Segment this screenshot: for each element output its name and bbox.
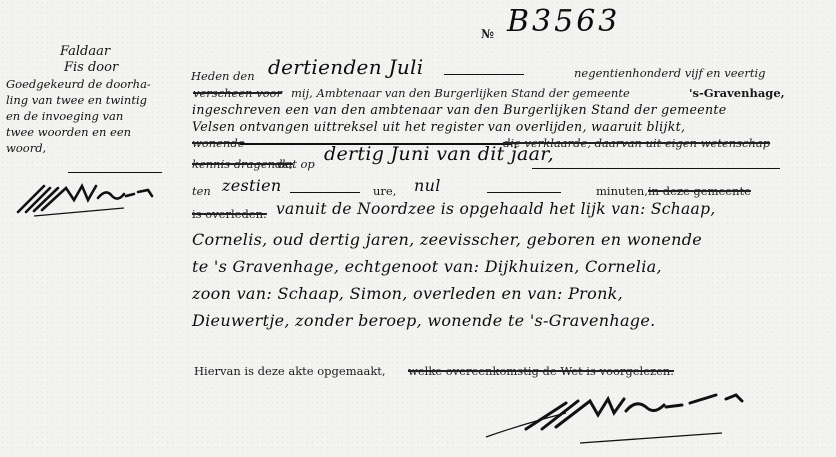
printed-year: negentienhonderd vijf en veertig <box>574 66 766 80</box>
printed-closing: Hiervan is deze akte opgemaakt, <box>194 364 386 378</box>
margin-note-line: woord, <box>6 140 151 156</box>
printed-dat-op: dat op <box>278 157 315 171</box>
printed-minuten: minuten, <box>596 184 648 198</box>
margin-note-line: Faldaar <box>6 44 151 60</box>
handwritten-line: vanuit de Noordzee is opgehaald het lijk… <box>276 200 716 218</box>
struck-verscheen-voor: verscheen voor <box>193 86 282 100</box>
handwritten-date: dertienden Juli <box>268 55 423 79</box>
struck-in-deze-gemeente: in deze gemeente <box>648 184 751 198</box>
civil-registry-death-record: № B3563 Faldaar Fis door Goedgekeurd de … <box>0 0 836 457</box>
handwritten-line: Cornelis, oud dertig jaren, zeevisscher,… <box>192 230 702 249</box>
handwritten-line: Dieuwertje, zonder beroep, wonende te 's… <box>192 311 655 330</box>
margin-note-line: Fis door <box>6 60 151 76</box>
number-label: № <box>481 27 494 41</box>
printed-ten: ten <box>192 184 211 198</box>
printed-ambtenaar: mij, Ambtenaar van den Burgerlijken Stan… <box>291 86 630 100</box>
margin-note: Faldaar Fis door Goedgekeurd de doorha- … <box>6 44 151 156</box>
printed-ure: ure, <box>373 184 396 198</box>
printed-heden-den: Heden den <box>191 69 255 83</box>
margin-note-line: en de invoeging van <box>6 108 151 124</box>
margin-note-line: ling van twee en twintig <box>6 92 151 108</box>
fill-rule <box>532 168 780 169</box>
struck-is-overleden: is overleden: <box>192 207 267 221</box>
margin-rule <box>68 172 162 173</box>
fill-rule <box>290 192 360 193</box>
handwritten-minutes: nul <box>414 176 441 195</box>
handwritten-hour: zestien <box>222 176 282 195</box>
handwritten-death-date: dertig Juni van dit jaar, <box>324 143 554 165</box>
handwritten-line: te 's Gravenhage, echtgenoot van: Dijkhu… <box>192 257 662 276</box>
fill-rule <box>444 74 524 75</box>
main-signature-icon <box>486 385 756 445</box>
printed-gemeente: 's-Gravenhage, <box>689 86 785 100</box>
struck-voorgelezen: welke overeenkomstig de Wet is voorgelez… <box>408 364 674 378</box>
handwritten-line: ingeschreven een van den ambtenaar van d… <box>192 102 727 117</box>
handwritten-line: Velsen ontvangen uittreksel uit het regi… <box>192 119 685 134</box>
fill-rule <box>487 192 561 193</box>
struck-wonende: wonende <box>192 136 245 150</box>
handwritten-line: zoon van: Schaap, Simon, overleden en va… <box>192 284 623 303</box>
margin-note-line: Goedgekeurd de doorha- <box>6 76 151 92</box>
record-number: B3563 <box>507 4 620 39</box>
margin-signature-icon <box>14 178 164 218</box>
margin-note-line: twee woorden en een <box>6 124 151 140</box>
